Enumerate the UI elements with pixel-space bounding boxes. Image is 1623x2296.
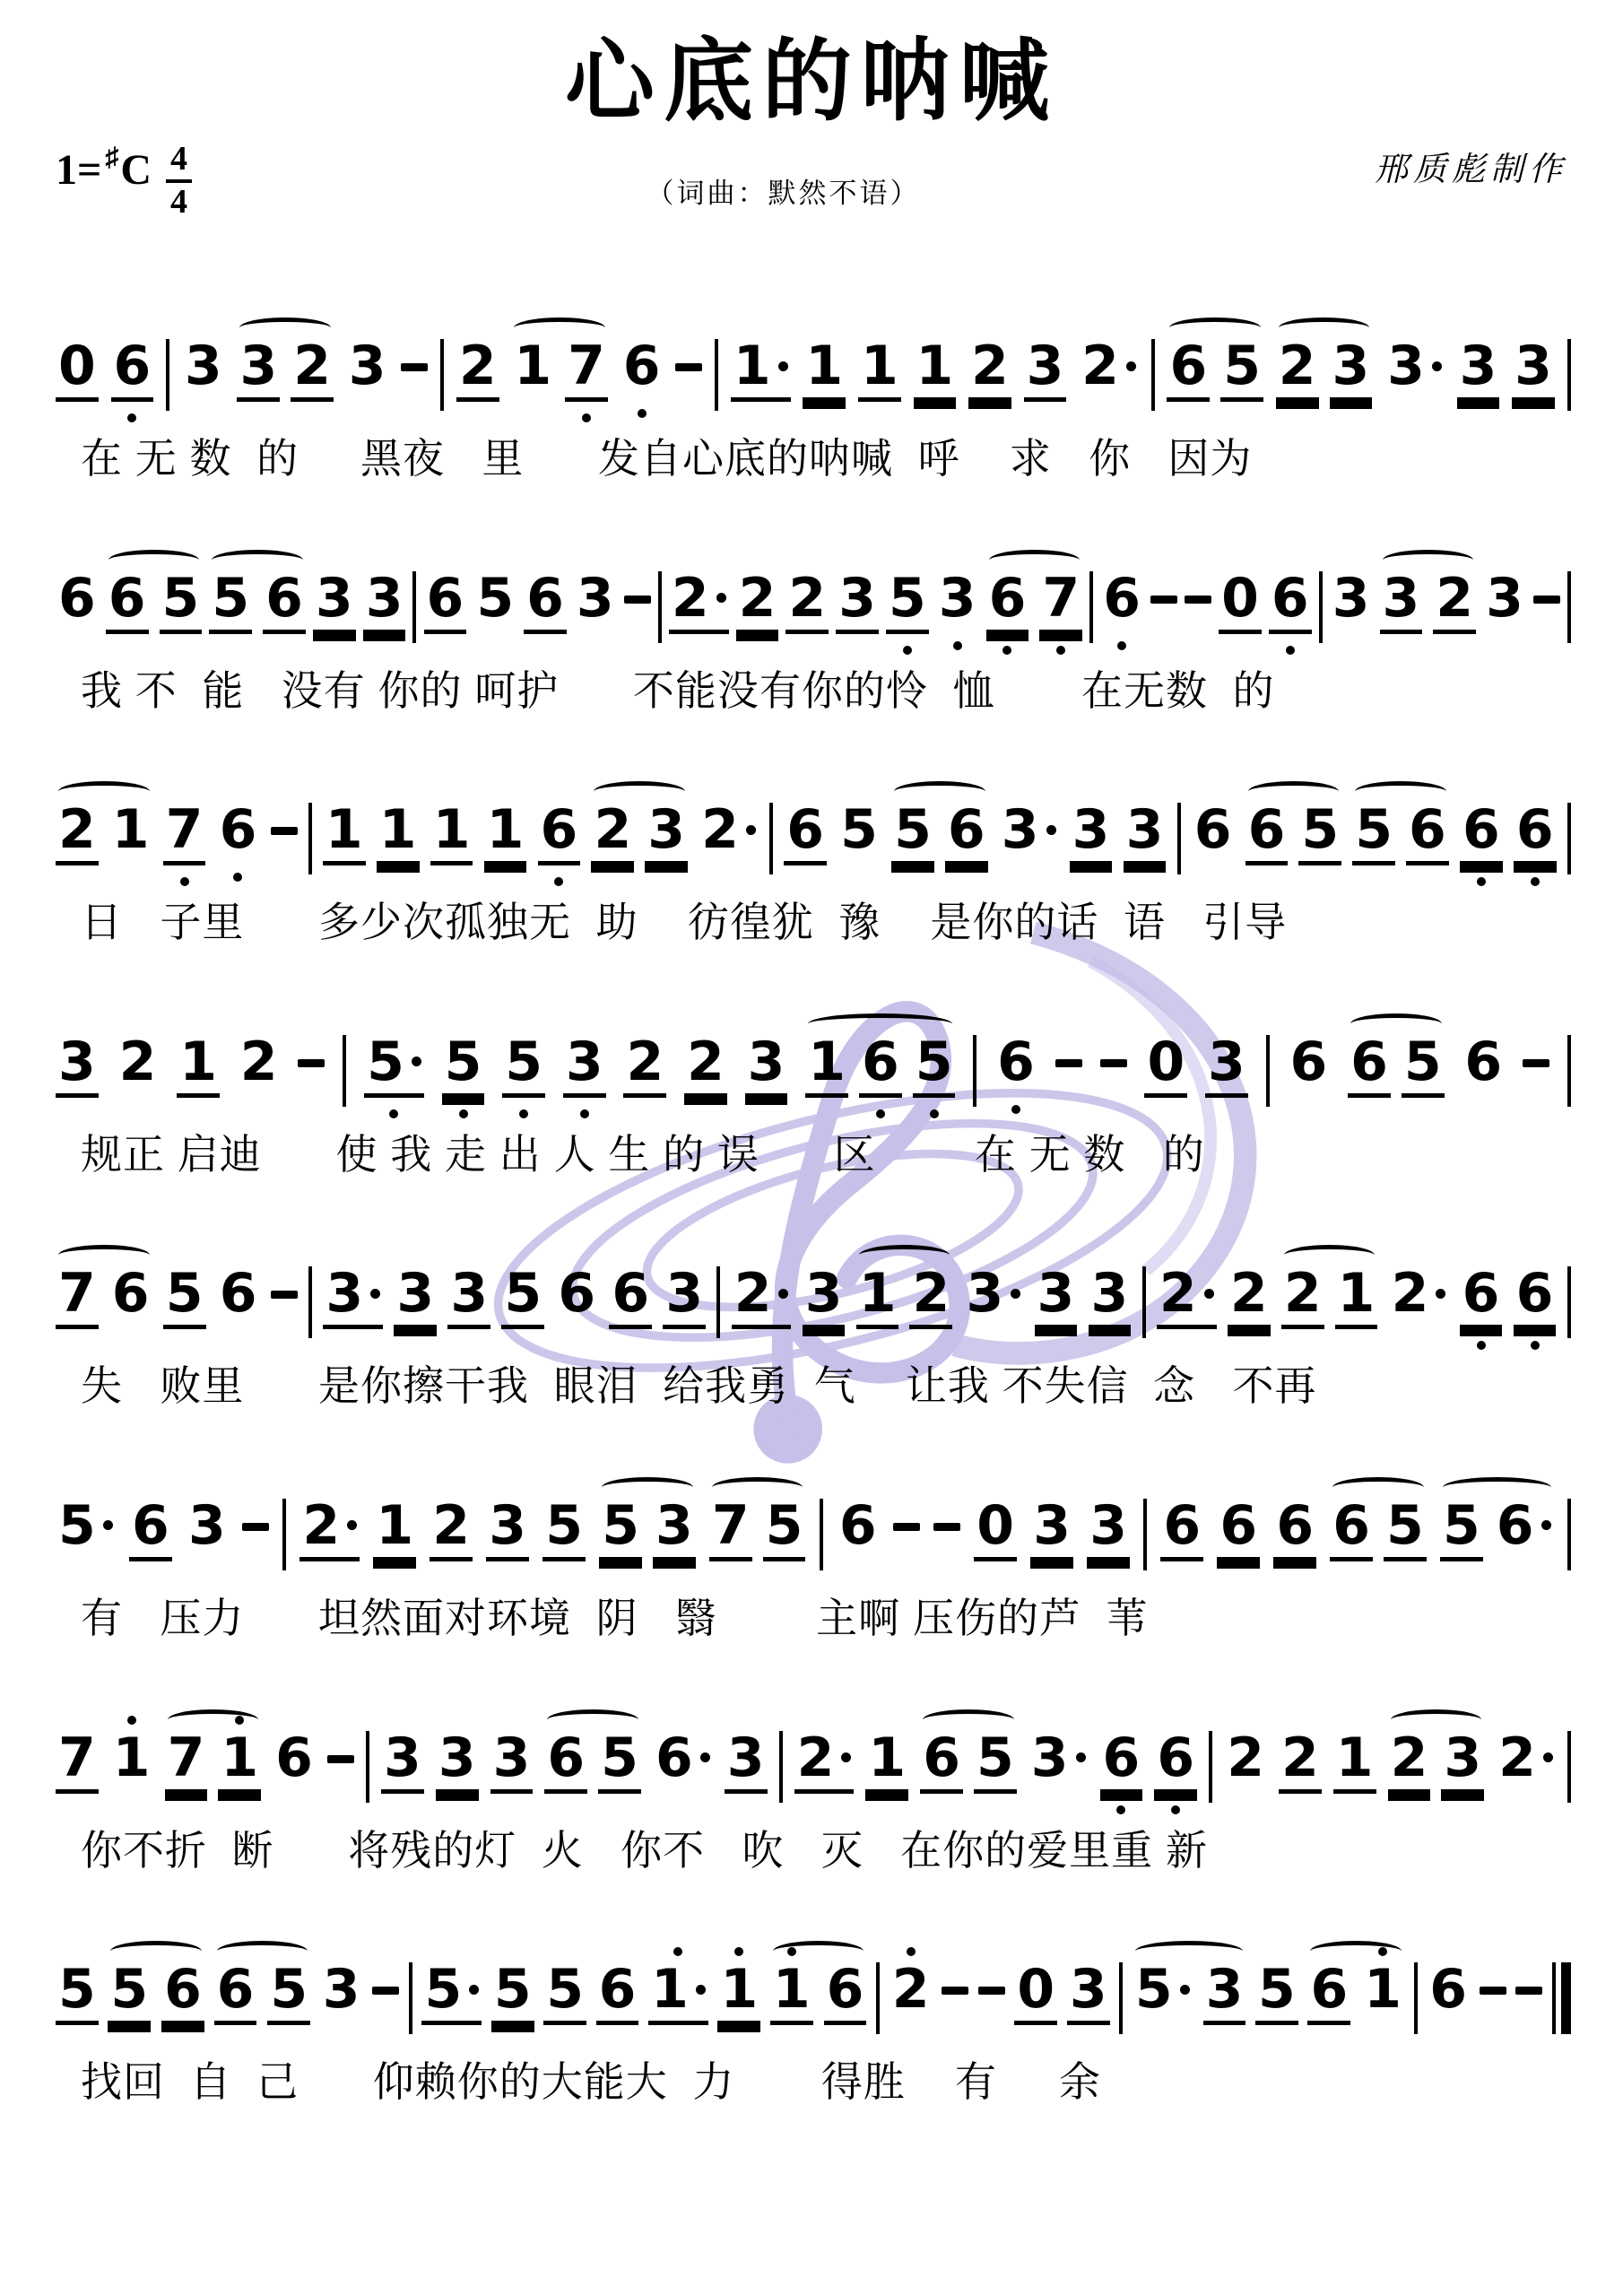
note-digit: 3 [346,339,389,397]
note-digit: 5 [913,1035,956,1098]
note-digit: 3 [436,1731,479,1794]
note: 3 [936,571,979,630]
duration-dash [1100,1059,1127,1067]
augmentation-dot [370,1289,380,1299]
note: 2 [1157,1266,1217,1329]
note: 5 [1440,1499,1483,1561]
augmentation-dot [746,825,756,835]
note: 1 [323,803,366,865]
note: 3 [363,571,406,634]
note: 2 [794,1731,855,1794]
notes-row: 7171633365632165366221232 [56,1708,1571,1803]
slur-group: 17 [511,339,608,402]
note-digit: 6 [1273,1499,1316,1561]
note-digit: 6 [273,1731,316,1789]
barline [1567,571,1571,643]
note: 3 [574,571,617,630]
note-digit: 6 [1348,1035,1391,1098]
note-digit: 2 [1433,571,1476,634]
note-digit: 2 [1388,1731,1431,1794]
note: 2 [699,803,759,861]
low-octave-dot [1477,1341,1486,1350]
note-digit: 2 [1224,1731,1267,1789]
note-digit: 7 [565,339,608,402]
note-digit: 5 [501,1266,544,1329]
barline [658,571,662,643]
note: 7 [56,1266,99,1329]
note: 3 [663,1266,706,1329]
note: 6 [109,1266,152,1329]
note: 6 [837,1499,880,1557]
barline [876,1962,880,2034]
note: 5 [886,571,929,634]
note: 5 [1402,1035,1445,1098]
low-octave-dot [580,1109,589,1118]
barline [1143,1499,1147,1570]
note: 6 [524,571,567,634]
augmentation-dot [1126,361,1136,371]
note-digit: 1 [770,1962,813,2025]
note-digit: 5 [1255,1962,1298,2025]
note-digit: 6 [1100,1731,1143,1794]
note: 1 [373,1499,416,1561]
low-octave-dot [930,1109,939,1118]
barline [715,339,718,411]
note: 6 [214,1962,257,2025]
note-digit: 1 [218,1731,261,1794]
note: 1 [648,1962,708,2025]
note-digit: 5 [1402,1035,1445,1098]
note-digit: 1 [648,1962,708,2025]
note-digit: 1 [511,339,554,397]
slur-group: 12 [856,1266,953,1329]
note: 6 [1514,1266,1557,1329]
note-digit: 3 [320,1962,363,2021]
note-digit: 5 [442,1035,485,1098]
time-signature: 4 4 [166,142,192,221]
note: 6 [1330,1499,1373,1561]
note-digit: 3 [1483,571,1526,630]
note-digit: 2 [291,339,334,402]
barline [409,1962,412,2034]
note: 1 [377,803,420,865]
low-octave-dot [638,409,647,418]
slur-group: 76 [56,1266,152,1329]
note-digit: 2 [238,1035,281,1093]
note-digit: 2 [1281,1266,1324,1329]
note-digit: 5 [491,1962,534,2025]
augmentation-dot [1011,1289,1020,1299]
low-octave-dot [389,1109,398,1118]
note-digit: 6 [994,1035,1037,1093]
note-digit: 7 [56,1266,99,1329]
note-digit: 3 [645,803,688,865]
final-bar-thick [1561,1962,1571,2034]
low-octave-dot [1531,877,1540,886]
note-digit: 3 [1203,1962,1246,2025]
low-octave-dot [1056,646,1065,655]
note: 3 [186,1499,229,1557]
note: 2 [732,1266,792,1329]
note-digit: 3 [1457,339,1500,402]
low-octave-dot [1011,1105,1020,1114]
augmentation-dot [412,1057,421,1066]
note-digit: 3 [1035,1266,1078,1329]
note-digit: 3 [563,1035,606,1098]
note: 6 [111,339,154,402]
note-digit: 5 [1298,803,1341,865]
note: 3 [1028,1731,1089,1789]
note: 5 [267,1962,310,2025]
note: 3 [645,803,688,865]
note: 7 [1039,571,1082,634]
note: 3 [653,1499,696,1561]
note: 6 [1217,1499,1260,1561]
note: 1 [865,1731,908,1794]
note-digit: 3 [486,1499,529,1561]
note: 7 [163,803,206,865]
slur-group: 67 [986,571,1083,634]
note: 2 [1496,1731,1556,1789]
note: 2 [117,1035,160,1093]
duration-dash [271,827,298,835]
slur-group: 56 [209,571,306,634]
slur-group: 56 [1352,803,1449,865]
note: 6 [538,803,581,865]
barline [366,1731,369,1803]
slur-group: 23 [1276,339,1373,402]
barline [1119,1962,1123,2034]
note-digit: 3 [1441,1731,1484,1794]
note-digit: 5 [108,1962,151,2025]
duration-dash [1515,1987,1542,1995]
note-digit: 5 [364,1035,424,1098]
note-digit: 5 [543,1962,586,2025]
score-system: 56321235537560336666556有 压力 坦然面对环境 阴 翳 主… [56,1475,1571,1641]
duration-dash [933,1523,960,1531]
barline [1567,1035,1571,1107]
note: 0 [56,339,99,402]
note-digit: 2 [1157,1266,1217,1329]
note: 1 [177,1035,220,1098]
note-digit: 6 [544,1731,587,1794]
note: 5 [442,1035,485,1098]
note: 6 [1100,1731,1143,1794]
note-digit: 5 [502,1035,545,1098]
note-digit: 3 [803,1266,846,1329]
note-digit: 6 [1462,1035,1505,1093]
note-digit: 3 [1089,1266,1132,1329]
lyrics-line: 你不折 断 将残的灯 火 你不 吹 灭 在你的爱里重 新 [56,1828,1571,1874]
note-digit: 1 [865,1731,908,1794]
note-digit: 1 [177,1035,220,1098]
note: 3 [1203,1962,1246,2025]
note-digit: 6 [837,1499,880,1557]
note: 1 [511,339,554,402]
note-digit: 6 [524,571,567,634]
augmentation-dot [778,361,788,371]
slur-group: 165 [805,1035,955,1098]
note: 3 [563,1035,606,1098]
score-system: 7171633365632165366221232你不折 断 将残的灯 火 你不… [56,1708,1571,1874]
note-digit: 6 [596,1962,639,2025]
low-octave-dot [1286,646,1295,655]
note: 2 [684,1035,727,1098]
augmentation-dot [696,1985,706,1995]
note-digit: 3 [323,1266,383,1329]
note: 6 [1273,1499,1316,1561]
note: 2 [1279,1731,1322,1794]
note: 0 [1014,1962,1057,2025]
note-digit: 5 [891,803,934,865]
note-digit: 3 [1028,1731,1089,1789]
note-digit: 1 [717,1962,760,2025]
note: 3 [1205,1035,1248,1098]
note: 6 [217,803,260,861]
barline [769,803,773,874]
note-digit: 3 [313,571,356,634]
note: 3 [323,1266,383,1329]
lyrics-line: 我 不 能 没有 你的 呵护 不能没有你的怜 恤 在无数 的 [56,668,1571,714]
low-octave-dot [233,873,242,882]
note-digit: 3 [1030,1499,1073,1561]
note: 1 [218,1731,261,1794]
note: 6 [824,1962,867,2025]
note-digit: 2 [56,803,99,865]
duration-dash [327,1755,354,1763]
note: 6 [273,1731,316,1789]
note: 3 [381,1731,424,1794]
note: 2 [785,571,829,634]
barline [308,1266,312,1338]
note-digit: 6 [424,571,467,634]
note: 5 [163,1266,206,1329]
notes-row: 063323217611112326523333 [56,316,1571,411]
header-row: 1=♯C 4 4 （词曲：默然不语） 邢质彪制作 [56,131,1567,211]
note-digit: 3 [447,1266,490,1329]
slur-group: 23 [591,803,688,865]
augmentation-dot [1436,1289,1445,1299]
slur-group: 75 [709,1499,806,1561]
note-digit: 2 [591,803,634,865]
note-digit: 3 [56,1035,99,1098]
note: 3 [964,1266,1024,1325]
duration-dash [1480,1987,1506,1995]
note: 5 [501,1266,544,1329]
note-digit: 1 [484,803,527,865]
notes-row: 66556336563222353676063323 [56,548,1571,643]
note: 5 [598,1731,641,1794]
slur-group: 56 [891,803,988,865]
note-digit: 6 [109,1266,152,1325]
note-digit: 6 [1330,1499,1373,1561]
note-digit: 6 [217,803,260,861]
augmentation-dot [1076,1752,1086,1762]
note-digit: 5 [1440,1499,1483,1561]
low-octave-dot [554,877,563,886]
note: 1 [858,339,901,402]
note-digit: 6 [1427,1962,1470,2021]
note: 6 [161,1962,204,2025]
note: 6 [1427,1962,1470,2021]
note: 5 [56,1962,99,2025]
note-digit: 6 [1269,571,1312,634]
note: 3 [803,1266,846,1329]
song-title: 心底的呐喊 [0,38,1623,127]
note: 2 [968,339,1011,402]
note-digit: 2 [623,1035,666,1098]
note: 6 [920,1731,963,1794]
note-digit: 3 [1512,339,1555,402]
note: 6 [1100,571,1143,630]
slur-group: 65 [920,1731,1017,1794]
note: 3 [436,1731,479,1794]
note-digit: 5 [542,1499,586,1561]
note-digit: 6 [1160,1499,1203,1561]
note-digit: 6 [538,803,581,865]
note: 5 [913,1035,956,1098]
lyrics-line: 失 败里 是你擦干我 眼泪 给我勇 气 让我 不失信 念 不再 [56,1363,1571,1409]
slur-group: 71 [165,1731,262,1794]
note-digit: 2 [1279,1731,1322,1794]
note: 3 [56,1035,99,1098]
duration-dash [401,363,428,371]
high-octave-dot [673,1947,682,1956]
note-digit: 2 [736,571,779,634]
note: 2 [1389,1266,1449,1325]
note: 1 [731,339,791,402]
high-octave-dot [734,1947,743,1956]
note: 5 [473,571,516,630]
barline [1567,1731,1571,1803]
key-letter: C [120,145,152,195]
note-digit: 5 [763,1499,806,1561]
note: 7 [56,1731,99,1794]
note: 6 [217,1266,260,1325]
note-digit: 5 [421,1962,482,2025]
note: 6 [555,1266,598,1325]
score-system: 66556336563222353676063323我 不 能 没有 你的 呵护… [56,548,1571,714]
low-octave-dot [1002,646,1011,655]
note-digit: 1 [858,339,901,402]
barline [282,1499,286,1570]
augmentation-dot [347,1520,357,1530]
low-octave-dot [582,413,591,422]
note-digit: 3 [574,571,617,630]
barline [1209,1731,1212,1803]
note: 6 [1269,571,1312,634]
duration-dash [675,363,702,371]
note-digit: 0 [56,339,99,402]
notes-row: 7656333566323123332221266 [56,1243,1571,1338]
note: 2 [456,339,499,402]
low-octave-dot [1171,1805,1180,1814]
note: 1 [430,803,473,865]
note: 6 [596,1962,639,2025]
note-digit: 3 [653,1499,696,1561]
lyrics-line: 日 子里 多少次孤独无 助 彷徨犹 豫 是你的话 语 引导 [56,900,1571,945]
low-octave-dot [953,641,962,650]
note: 2 [1228,1266,1271,1329]
note: 1 [110,1731,153,1789]
slur-group: 65 [1167,339,1263,402]
note: 6 [56,571,99,630]
duration-dash [298,1059,325,1067]
note: 6 [986,571,1029,634]
note-digit: 5 [1133,1962,1193,2021]
notes-row: 55665355561116203535616 [56,1939,1571,2034]
note: 3 [1087,1499,1130,1561]
note: 6 [424,571,467,634]
note: 5 [1255,1962,1298,2025]
barline [716,1266,720,1338]
note-digit: 0 [1144,1035,1187,1098]
note-digit: 3 [490,1731,534,1794]
note: 2 [1079,339,1139,397]
barline [440,339,444,411]
barline [308,803,312,874]
barline [1151,339,1155,411]
note: 1 [717,1962,760,2025]
note: 0 [1144,1035,1187,1098]
slur-group: 23 [1388,1731,1485,1794]
note: 3 [1457,339,1500,402]
note: 1 [770,1962,813,2025]
note: 3 [1124,803,1167,865]
note: 6 [994,1035,1037,1093]
note: 2 [1281,1266,1324,1329]
note-digit: 6 [653,1731,713,1789]
barline [1567,339,1571,411]
note-digit: 6 [609,1266,652,1329]
note: 3 [1384,339,1445,397]
note: 2 [591,803,634,865]
note-digit: 1 [731,339,791,402]
augmentation-dot [1046,825,1056,835]
augmentation-dot [1180,1985,1190,1995]
note: 5 [108,1962,151,2025]
note-digit: 6 [214,1962,257,2025]
note-digit: 3 [1330,571,1373,630]
barline [166,339,169,411]
note-digit: 3 [725,1731,768,1794]
low-octave-dot [1116,1805,1125,1814]
note-digit: 5 [1352,803,1395,865]
final-bar-thin [1552,1962,1556,2034]
note: 6 [1154,1731,1197,1794]
note-digit: 2 [732,1266,792,1329]
slur-group: 21 [56,803,152,865]
low-octave-dot [459,1109,468,1118]
note: 0 [974,1499,1017,1561]
note-digit: 6 [129,1499,172,1561]
note-digit: 6 [106,571,149,634]
note-digit: 3 [964,1266,1024,1325]
note-digit: 6 [859,1035,902,1098]
duration-dash [624,596,651,604]
note-digit: 2 [890,1962,933,2021]
note-digit: 6 [784,803,827,865]
note-digit: 6 [945,803,988,865]
note-digit: 3 [394,1266,437,1329]
note-digit: 5 [163,1266,206,1329]
notes-row: 56321235537560336666556 [56,1475,1571,1570]
note: 2 [430,1499,473,1561]
lyrics-line: 找回 自 己 仰赖你的大能大 力 得胜 有 余 [56,2059,1571,2105]
low-octave-dot [1531,1341,1540,1350]
note: 5 [209,571,252,634]
note: 2 [669,571,729,634]
